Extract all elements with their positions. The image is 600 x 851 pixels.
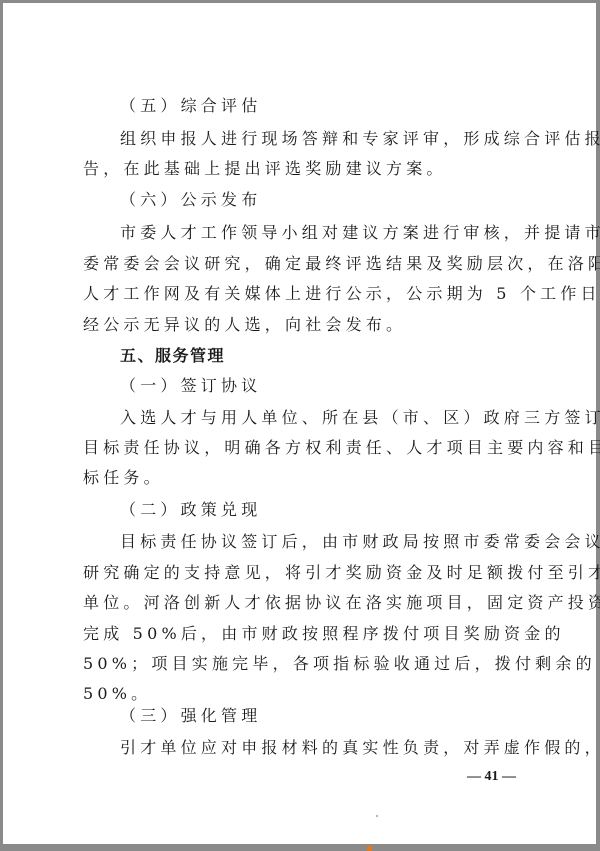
subheading-public-announcement: （六）公示发布 xyxy=(120,190,261,210)
paragraph-line: 完成 50%后，由市财政按照程序拨付项目奖励资金的 xyxy=(83,624,565,644)
paragraph-line: 市委人才工作领导小组对建议方案进行审核，并提请市 xyxy=(120,223,600,243)
scan-mark xyxy=(367,846,372,851)
paragraph-line: 告，在此基础上提出评选奖励建议方案。 xyxy=(83,159,447,179)
paragraph-line: 50%；项目实施完毕，各项指标验收通过后，拨付剩余的 xyxy=(83,654,596,674)
page-bottom-border xyxy=(0,844,600,851)
paragraph-line: 组织申报人进行现场答辩和专家评审，形成综合评估报 xyxy=(120,129,600,149)
paragraph-line: 委常委会会议研究，确定最终评选结果及奖励层次，在洛阳 xyxy=(83,254,600,274)
document-page: （五）综合评估 组织申报人进行现场答辩和专家评审，形成综合评估报 告，在此基础上… xyxy=(3,3,596,844)
paragraph-line: 单位。河洛创新人才依据协议在洛实施项目，固定资产投资 xyxy=(83,593,600,613)
paragraph-line: 目标责任协议，明确各方权利责任、人才项目主要内容和目 xyxy=(83,438,600,458)
subheading-sign-agreement: （一）签订协议 xyxy=(120,376,261,396)
paragraph-line: 人才工作网及有关媒体上进行公示，公示期为 5 个工作日。 xyxy=(83,284,600,304)
paragraph-line: 入选人才与用人单位、所在县（市、区）政府三方签订 xyxy=(120,408,600,428)
subheading-strengthen-management: （三）强化管理 xyxy=(120,706,261,726)
subheading-comprehensive-evaluation: （五）综合评估 xyxy=(120,96,261,116)
paragraph-line: 50%。 xyxy=(83,684,151,704)
subheading-policy-fulfillment: （二）政策兑现 xyxy=(120,500,261,520)
paragraph-line: 引才单位应对申报材料的真实性负责，对弄虚作假的， xyxy=(120,738,600,758)
paragraph-line: 经公示无异议的人选，向社会发布。 xyxy=(83,315,406,335)
page-number: — 41 — xyxy=(467,769,516,785)
paragraph-line: 目标责任协议签订后，由市财政局按照市委常委会会议 xyxy=(120,532,600,552)
scan-speck xyxy=(376,815,378,817)
paragraph-line: 研究确定的支持意见，将引才奖励资金及时足额拨付至引才 xyxy=(83,563,600,583)
paragraph-line: 标任务。 xyxy=(83,468,164,488)
section-heading-service-management: 五、服务管理 xyxy=(120,346,225,366)
